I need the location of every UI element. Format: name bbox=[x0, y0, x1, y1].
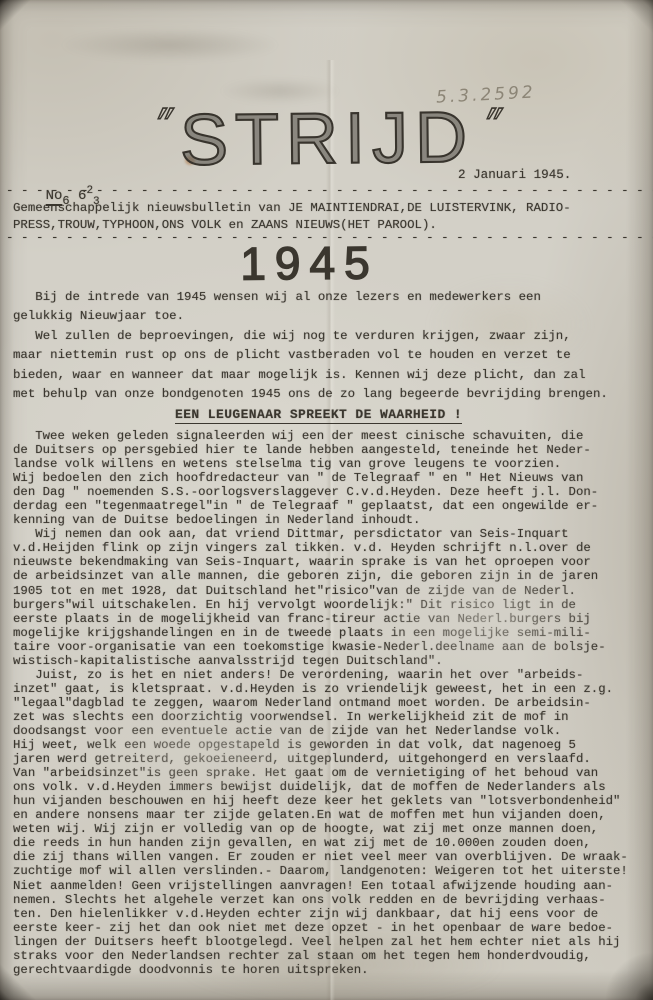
year-heading: 1945 bbox=[0, 233, 619, 292]
article-heading: EEN LEUGENAAR SPREEKT DE WAARHEID ! bbox=[175, 407, 462, 424]
scan-corner-shadow bbox=[607, 0, 653, 40]
newspaper-scan-page: 5.3.2592 ″STRIJD″ No6 623 2 Januari 1945… bbox=[0, 0, 653, 1000]
page-title: STRIJD bbox=[179, 96, 474, 181]
article-body: Twee weken geleden signaleerden wij een … bbox=[13, 429, 651, 977]
title-quote-right-icon: ″ bbox=[476, 99, 506, 147]
scan-corner-shadow bbox=[0, 0, 60, 60]
new-year-paragraphs: Bij de intrede van 1945 wensen wij al on… bbox=[13, 288, 647, 404]
dashed-divider-top: - - - - - - - - - - - - - - - - - - - - … bbox=[6, 184, 653, 198]
title-quote-left-icon: ″ bbox=[147, 99, 177, 147]
publication-date: 2 Januari 1945. bbox=[458, 168, 571, 182]
pencil-smudge bbox=[60, 28, 280, 62]
subtitle: Gemeenschappelijk nieuwsbulletin van JE … bbox=[13, 200, 645, 233]
